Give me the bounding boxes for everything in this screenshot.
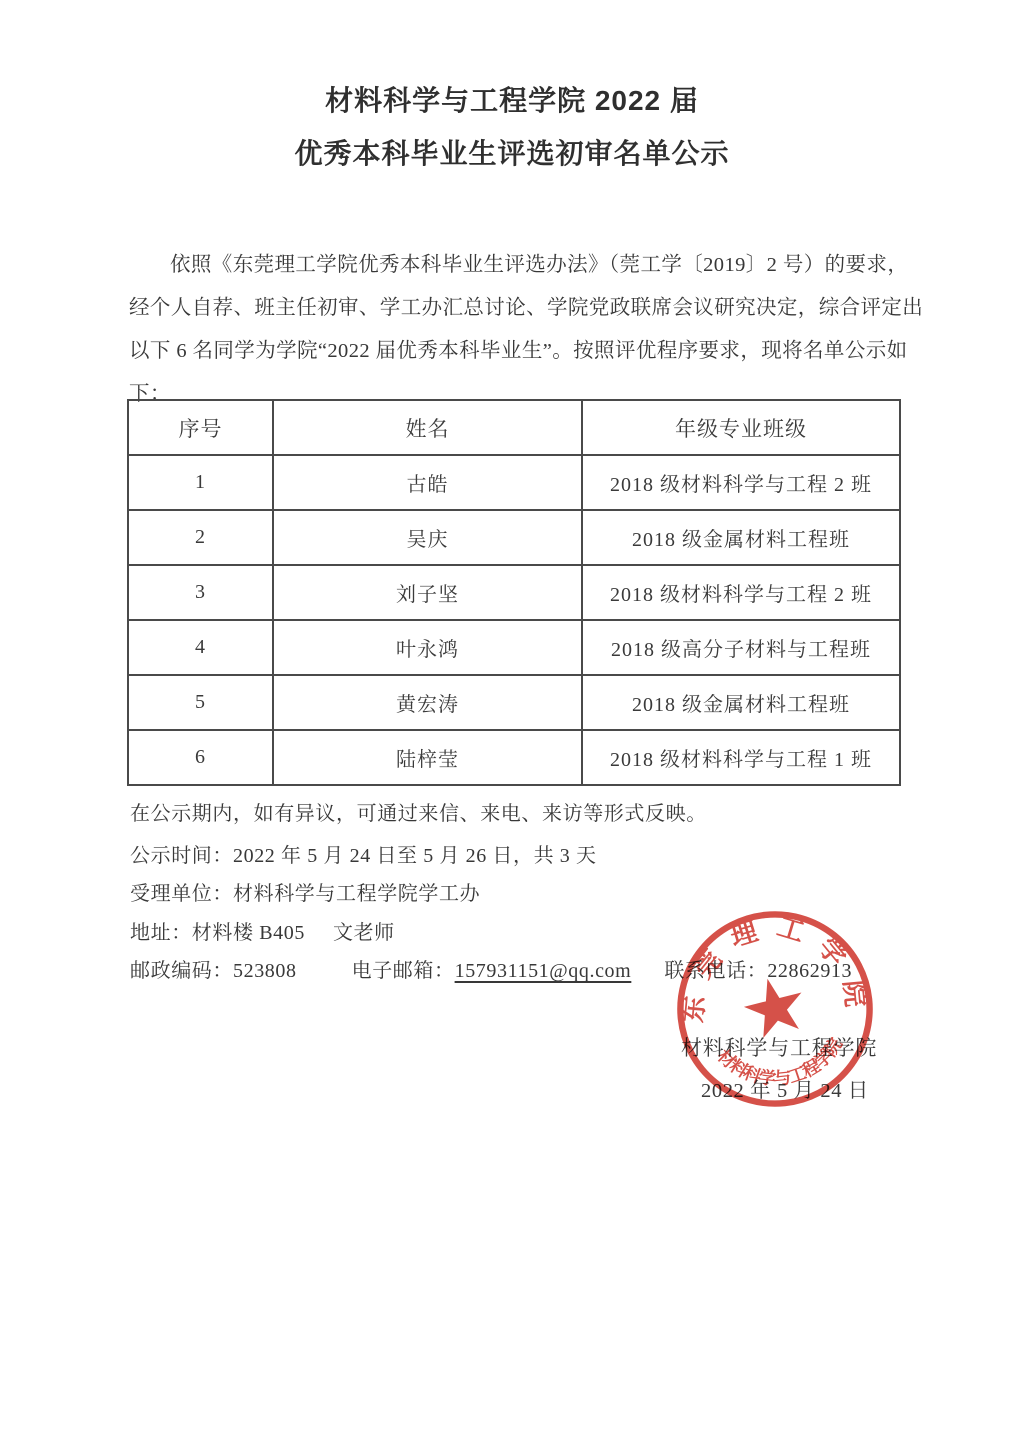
table-row: 3 刘子坚 2018 级材料科学与工程 2 班 — [128, 565, 900, 620]
title-line-1: 材料科学与工程学院 2022 届 — [0, 86, 1024, 116]
cell-name: 叶永鸿 — [273, 620, 582, 675]
roster-table: 序号 姓名 年级专业班级 1 古皓 2018 级材料科学与工程 2 班 2 吴庆… — [127, 399, 901, 786]
official-seal-stamp: 东莞理工学院 材料科学与工程学院 — [664, 898, 886, 1120]
cell-index: 5 — [128, 675, 273, 730]
paragraph-line: 以下 6 名同学为学院“2022 届优秀本科毕业生”。按照评优程序要求，现将名单… — [129, 330, 907, 373]
stamp-star-icon — [739, 972, 810, 1041]
intro-paragraph: 依照《东莞理工学院优秀本科毕业生评选办法》（莞工学〔2019〕2 号）的要求， … — [129, 244, 907, 416]
publicity-period-line: 公示时间：2022 年 5 月 24 日至 5 月 26 日，共 3 天 — [130, 839, 597, 868]
scanned-document-page: 材料科学与工程学院 2022 届 优秀本科毕业生评选初审名单公示 依照《东莞理工… — [0, 0, 1024, 1449]
objection-notice-line: 在公示期内，如有异议，可通过来信、来电、来访等形式反映。 — [130, 797, 707, 826]
table-row: 6 陆梓莹 2018 级材料科学与工程 1 班 — [128, 730, 900, 785]
cell-class: 2018 级材料科学与工程 1 班 — [582, 730, 900, 785]
cell-index: 1 — [128, 455, 273, 510]
table-header-row: 序号 姓名 年级专业班级 — [128, 400, 900, 455]
cell-index: 2 — [128, 510, 273, 565]
cell-name: 吴庆 — [273, 510, 582, 565]
address-contact-person: 文老师 — [333, 922, 395, 944]
table-row: 5 黄宏涛 2018 级金属材料工程班 — [128, 675, 900, 730]
table-row: 2 吴庆 2018 级金属材料工程班 — [128, 510, 900, 565]
cell-class: 2018 级材料科学与工程 2 班 — [582, 565, 900, 620]
cell-class: 2018 级金属材料工程班 — [582, 510, 900, 565]
cell-name: 刘子坚 — [273, 565, 582, 620]
email-address: 157931151@qq.com — [455, 960, 632, 982]
cell-name: 古皓 — [273, 455, 582, 510]
address-line: 地址：材料楼 B405文老师 — [130, 916, 395, 945]
cell-index: 6 — [128, 730, 273, 785]
postal-code-label: 邮政编码： — [130, 960, 233, 982]
paragraph-line: 经个人自荐、班主任初审、学工办汇总讨论、学院党政联席会议研究决定，综合评定出 — [129, 287, 907, 330]
cell-name: 陆梓莹 — [273, 730, 582, 785]
address-label: 地址：材料楼 B405 — [130, 922, 305, 944]
paragraph-line: 依照《东莞理工学院优秀本科毕业生评选办法》（莞工学〔2019〕2 号）的要求， — [129, 244, 907, 287]
cell-name: 黄宏涛 — [273, 675, 582, 730]
email-label: 电子邮箱： — [352, 960, 455, 982]
cell-class: 2018 级材料科学与工程 2 班 — [582, 455, 900, 510]
header-cell-class: 年级专业班级 — [582, 400, 900, 455]
header-cell-index: 序号 — [128, 400, 273, 455]
accepting-unit-line: 受理单位：材料科学与工程学院学工办 — [130, 877, 480, 906]
cell-index: 4 — [128, 620, 273, 675]
cell-class: 2018 级高分子材料与工程班 — [582, 620, 900, 675]
cell-index: 3 — [128, 565, 273, 620]
table-row: 1 古皓 2018 级材料科学与工程 2 班 — [128, 455, 900, 510]
header-cell-name: 姓名 — [273, 400, 582, 455]
title-line-2: 优秀本科毕业生评选初审名单公示 — [0, 139, 1024, 169]
table-row: 4 叶永鸿 2018 级高分子材料与工程班 — [128, 620, 900, 675]
cell-class: 2018 级金属材料工程班 — [582, 675, 900, 730]
postal-code-value: 523808 — [233, 960, 297, 982]
document-title: 材料科学与工程学院 2022 届 优秀本科毕业生评选初审名单公示 — [0, 86, 1024, 169]
